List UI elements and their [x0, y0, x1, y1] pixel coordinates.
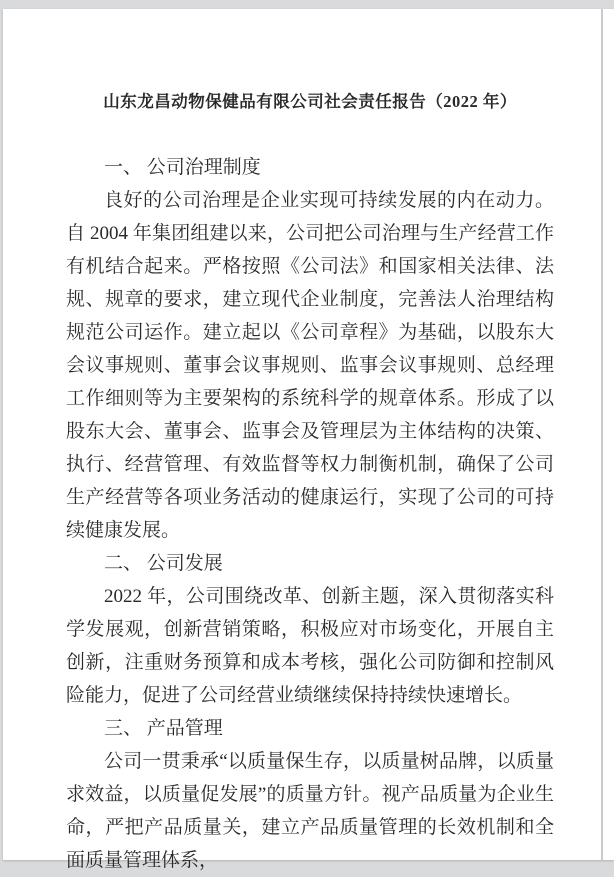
document-content: 山东龙昌动物保健品有限公司社会责任报告（2022 年） 一、 公司治理制度良好的… — [3, 9, 614, 869]
section-heading: 三、 产品管理 — [66, 712, 554, 745]
paragraph: 良好的公司治理是企业实现可持续发展的内在动力。自 2004 年集团组建以来，公司… — [66, 184, 554, 547]
paragraph: 2022 年，公司围绕改革、创新主题，深入贯彻落实科学发展观，创新营销策略，积极… — [66, 580, 554, 712]
section-heading: 二、 公司发展 — [66, 547, 554, 580]
document-page: 山东龙昌动物保健品有限公司社会责任报告（2022 年） 一、 公司治理制度良好的… — [3, 9, 614, 860]
document-title: 山东龙昌动物保健品有限公司社会责任报告（2022 年） — [66, 91, 554, 113]
paragraph: 公司一贯秉承“以质量保生存，以质量树品牌，以质量求效益，以质量促发展”的质量方针… — [66, 745, 554, 869]
section-heading: 一、 公司治理制度 — [66, 151, 554, 184]
document-sections: 一、 公司治理制度良好的公司治理是企业实现可持续发展的内在动力。自 2004 年… — [66, 151, 554, 869]
